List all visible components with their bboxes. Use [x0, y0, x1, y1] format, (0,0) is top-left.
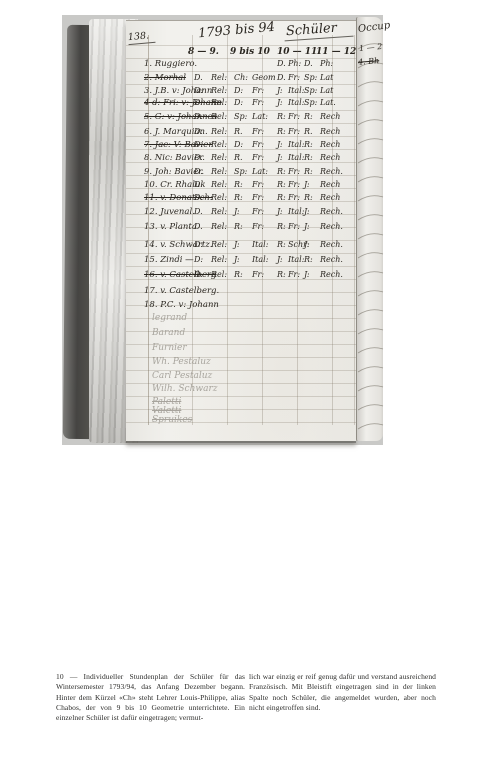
schedule-cell: Rel:	[211, 112, 227, 121]
schedule-row: 18. P.C. v: Johann	[126, 300, 356, 313]
schedule-cell: Lat.	[320, 98, 336, 107]
schedule-cell: R:	[304, 255, 313, 264]
ruled-line-vertical	[297, 35, 298, 425]
ledger-photograph: 138. 1793 bis 94 Schüler 8 — 9. 9 bis 10…	[62, 15, 383, 445]
student-name: 13. v. Planta	[144, 222, 197, 232]
ruled-line-vertical	[262, 35, 263, 425]
schedule-cell: Rel:	[211, 180, 227, 189]
student-name: 16. v. Castelberg	[144, 270, 217, 280]
schedule-cell: Sp:	[234, 112, 247, 121]
pencil-row: Wilh. Schwarz	[126, 384, 356, 397]
schedule-cell: J:	[234, 240, 240, 249]
schedule-cell: Rech	[320, 140, 340, 149]
schedule-cell: D.	[194, 222, 203, 231]
schedule-row: 4 d: Fri: v: JohannD.Rel:D:Fr:J:Ital:Sp:…	[126, 98, 356, 111]
curl-struck-text: 4. Bh	[358, 56, 380, 66]
schedule-cell: D.	[194, 270, 203, 279]
schedule-cell: Sp:	[234, 167, 247, 176]
schedule-cell: Ital:	[252, 255, 268, 264]
schedule-cell: J:	[277, 140, 283, 149]
schedule-cell: Fr:	[288, 193, 300, 202]
schedule-cell: D.	[304, 59, 313, 68]
schedule-cell: D.	[194, 193, 203, 202]
pencil-student-name: Spruikes	[152, 415, 192, 425]
caption-right-column: lich war einzig er reif genug dafür und …	[249, 672, 436, 713]
schedule-cell: Fr:	[288, 167, 300, 176]
pencil-student-name: Furnier	[152, 343, 187, 353]
schedule-cell: R.	[234, 127, 243, 136]
schedule-cell: R:	[277, 270, 286, 279]
curl-occup-text: Occup	[357, 20, 390, 35]
time-header-11-12: 11 — 12	[316, 47, 356, 57]
pencil-student-name: Barand	[152, 328, 185, 338]
student-name: 5. G: v: Johannes	[144, 112, 217, 122]
schedule-cell: R:	[304, 153, 313, 162]
schedule-cell: R:	[234, 180, 243, 189]
schedule-cell: D.	[194, 112, 203, 121]
schedule-cell: J:	[304, 240, 310, 249]
schedule-cell: Rel:	[211, 86, 227, 95]
schedule-cell: D.	[194, 73, 203, 82]
schedule-row: 1. Ruggiero.D.Ph:D.Ph:	[126, 59, 356, 72]
schedule-cell: R:	[277, 112, 286, 121]
schedule-cell: R:	[277, 180, 286, 189]
pencil-row: Carl Pestaluz	[126, 371, 356, 384]
schedule-cell: J:	[277, 98, 283, 107]
schedule-cell: J:	[304, 222, 310, 231]
pencil-row: Spruikes	[126, 415, 356, 428]
schedule-cell: D.	[194, 180, 203, 189]
schedule-cell: Rech	[320, 193, 340, 202]
schedule-row: 11. v. Donatsch:D.Rel:R:Fr:R:Fr:R:Rech	[126, 193, 356, 206]
caption-left-column: 10 — Individueller Stundenplan der Schül…	[56, 672, 245, 724]
schedule-cell: Fr:	[288, 270, 300, 279]
schedule-row: 9. Joh: Bavier.D.Rel:Sp:Lat:R:Fr:R:Rech.	[126, 167, 356, 180]
time-header-10-11: 10 — 11.	[277, 47, 320, 57]
ruled-line-vertical	[192, 35, 193, 425]
schedule-cell: R:	[277, 193, 286, 202]
schueler-title: Schüler	[283, 20, 353, 42]
schedule-cell: Sp:	[304, 98, 317, 107]
schedule-cell: J:	[234, 255, 240, 264]
schedule-cell: Sp:	[304, 86, 317, 95]
schedule-cell: D.	[194, 140, 203, 149]
schedule-cell: D.	[194, 98, 203, 107]
schedule-row: 7. Jac: V: BavierD.Rel:D:Fr:J:Ital:R:Rec…	[126, 140, 356, 153]
schedule-cell: D.	[277, 59, 286, 68]
page-number: 138.	[127, 30, 155, 45]
schedule-cell: R:	[234, 193, 243, 202]
ruled-line-vertical	[354, 35, 355, 425]
schedule-row: 14. v. Schwartz.D:Rel:J:Ital:R:Schr:J:Re…	[126, 240, 356, 253]
schedule-cell: R:	[277, 167, 286, 176]
schedule-cell: D.	[194, 167, 203, 176]
schedule-cell: Rel:	[211, 167, 227, 176]
schedule-cell: Rel:	[211, 255, 227, 264]
schedule-cell: Rel:	[211, 240, 227, 249]
schedule-cell: J:	[277, 255, 283, 264]
schedule-cell: Lat:	[252, 167, 268, 176]
student-name: 12. Juvenal.	[144, 207, 195, 217]
schedule-cell: R.	[234, 153, 243, 162]
student-name: 18. P.C. v: Johann	[144, 300, 219, 310]
schedule-cell: D:	[194, 255, 203, 264]
schedule-cell: Fr:	[288, 222, 300, 231]
schedule-cell: D:	[234, 140, 243, 149]
schedule-row: 10. Cr. RhalukD.Rel:R:Fr:R:Fr:J:Rech	[126, 180, 356, 193]
schedule-cell: Fr:	[288, 112, 300, 121]
schedule-cell: Rel:	[211, 140, 227, 149]
schedule-cell: D.	[194, 207, 203, 216]
schedule-cell: J:	[234, 207, 240, 216]
pencil-student-name: legrand	[152, 313, 187, 323]
schedule-cell: Rech	[320, 112, 340, 121]
pencil-student-name: Carl Pestaluz	[152, 371, 212, 381]
schedule-cell: Rel:	[211, 73, 227, 82]
schedule-cell: Rel:	[211, 270, 227, 279]
schedule-cell: Lat:	[252, 112, 268, 121]
schedule-cell: Fr:	[288, 73, 300, 82]
schedule-cell: Rel:	[211, 127, 227, 136]
pencil-student-name: Wilh. Schwarz	[152, 384, 217, 394]
pencil-student-name: Wh. Pestaluz	[152, 357, 211, 367]
page-curl-edge: Occup 1 — 2 4. Bh	[356, 17, 383, 441]
schedule-cell: J:	[304, 207, 310, 216]
schedule-cell: Fr:	[288, 180, 300, 189]
schedule-cell: R:	[277, 240, 286, 249]
schedule-cell: Rech	[320, 127, 340, 136]
schedule-cell: Ital:	[252, 240, 268, 249]
schedule-cell: Rech	[320, 153, 340, 162]
schedule-row: 15. Zindi —D:Rel:J:Ital:J:Ital:R:Rech.	[126, 255, 356, 268]
year-title: 1793 bis 94	[197, 20, 275, 42]
ruled-line-vertical	[332, 35, 333, 425]
schedule-cell: D:	[194, 240, 203, 249]
schedule-cell: R:	[304, 193, 313, 202]
student-name: 15. Zindi —	[144, 255, 194, 265]
schedule-cell: R.	[304, 127, 313, 136]
schedule-cell: R:	[277, 127, 286, 136]
schedule-cell: Rel:	[211, 153, 227, 162]
schedule-row: 2. MorhalD.Rel:Ch:GeomD.Fr:Sp:Lat	[126, 73, 356, 86]
schedule-cell: Rel:	[211, 193, 227, 202]
schedule-cell: Rel:	[211, 207, 227, 216]
ruled-line-vertical	[148, 35, 149, 425]
schedule-cell: Ph:	[288, 59, 301, 68]
schedule-cell: J:	[277, 86, 283, 95]
schedule-cell: Fr:	[288, 127, 300, 136]
schedule-row: 12. Juvenal.D.Rel:J:Fr:J:Ital:J:Rech.	[126, 207, 356, 220]
schedule-cell: Sp:	[304, 73, 317, 82]
curl-lines-decoration	[357, 17, 384, 441]
schedule-cell: J:	[304, 180, 310, 189]
schedule-cell: Rel:	[211, 98, 227, 107]
schedule-cell: Geom	[252, 73, 276, 82]
schedule-cell: D.	[277, 73, 286, 82]
schedule-row: 13. v. PlantaD.Rel:R:Fr:R:Fr:J:Rech.	[126, 222, 356, 235]
schedule-cell: D:	[194, 86, 203, 95]
schedule-cell: R:	[304, 167, 313, 176]
student-name: 1. Ruggiero.	[144, 59, 197, 69]
schedule-cell: R:	[304, 112, 313, 121]
schedule-cell: J:	[304, 270, 310, 279]
student-name: 2. Morhal	[144, 73, 186, 83]
schedule-row: 17. v. Castelberg.	[126, 286, 356, 299]
ruled-line-vertical	[227, 35, 228, 425]
schedule-cell: D.	[194, 127, 203, 136]
schedule-row: 6. J. Marquian.D.Rel:R.Fr:R:Fr:R.Rech	[126, 127, 356, 140]
schedule-cell: D:	[234, 86, 243, 95]
student-name: 17. v. Castelberg.	[144, 286, 219, 296]
schedule-cell: Ch:	[234, 73, 248, 82]
pencil-row: legrand	[126, 313, 356, 326]
schedule-row: 16. v. CastelbergD.Rel:R:Fr:R:Fr:J:Rech.	[126, 270, 356, 283]
schedule-cell: Rech	[320, 180, 340, 189]
schedule-row: 8. Nic: Bavier.D.Rel:R.Fr:J:Ital:R:Rech	[126, 153, 356, 166]
schedule-cell: R:	[277, 222, 286, 231]
pencil-row: Barand	[126, 328, 356, 341]
schedule-row: 5. G: v: JohannesD.Rel:Sp:Lat:R:Fr:R:Rec…	[126, 112, 356, 125]
ledger-page: 138. 1793 bis 94 Schüler 8 — 9. 9 bis 10…	[126, 20, 356, 441]
schedule-cell: D.	[194, 153, 203, 162]
schedule-cell: R:	[234, 222, 243, 231]
schedule-cell: R:	[234, 270, 243, 279]
schedule-cell: J:	[277, 207, 283, 216]
pencil-row: Furnier	[126, 343, 356, 356]
schedule-cell: Rel:	[211, 222, 227, 231]
schedule-cell: R:	[304, 140, 313, 149]
pencil-row: Wh. Pestaluz	[126, 357, 356, 370]
time-header-9-10: 9 bis 10	[230, 47, 270, 57]
schedule-cell: J:	[277, 153, 283, 162]
schedule-cell: D:	[234, 98, 243, 107]
